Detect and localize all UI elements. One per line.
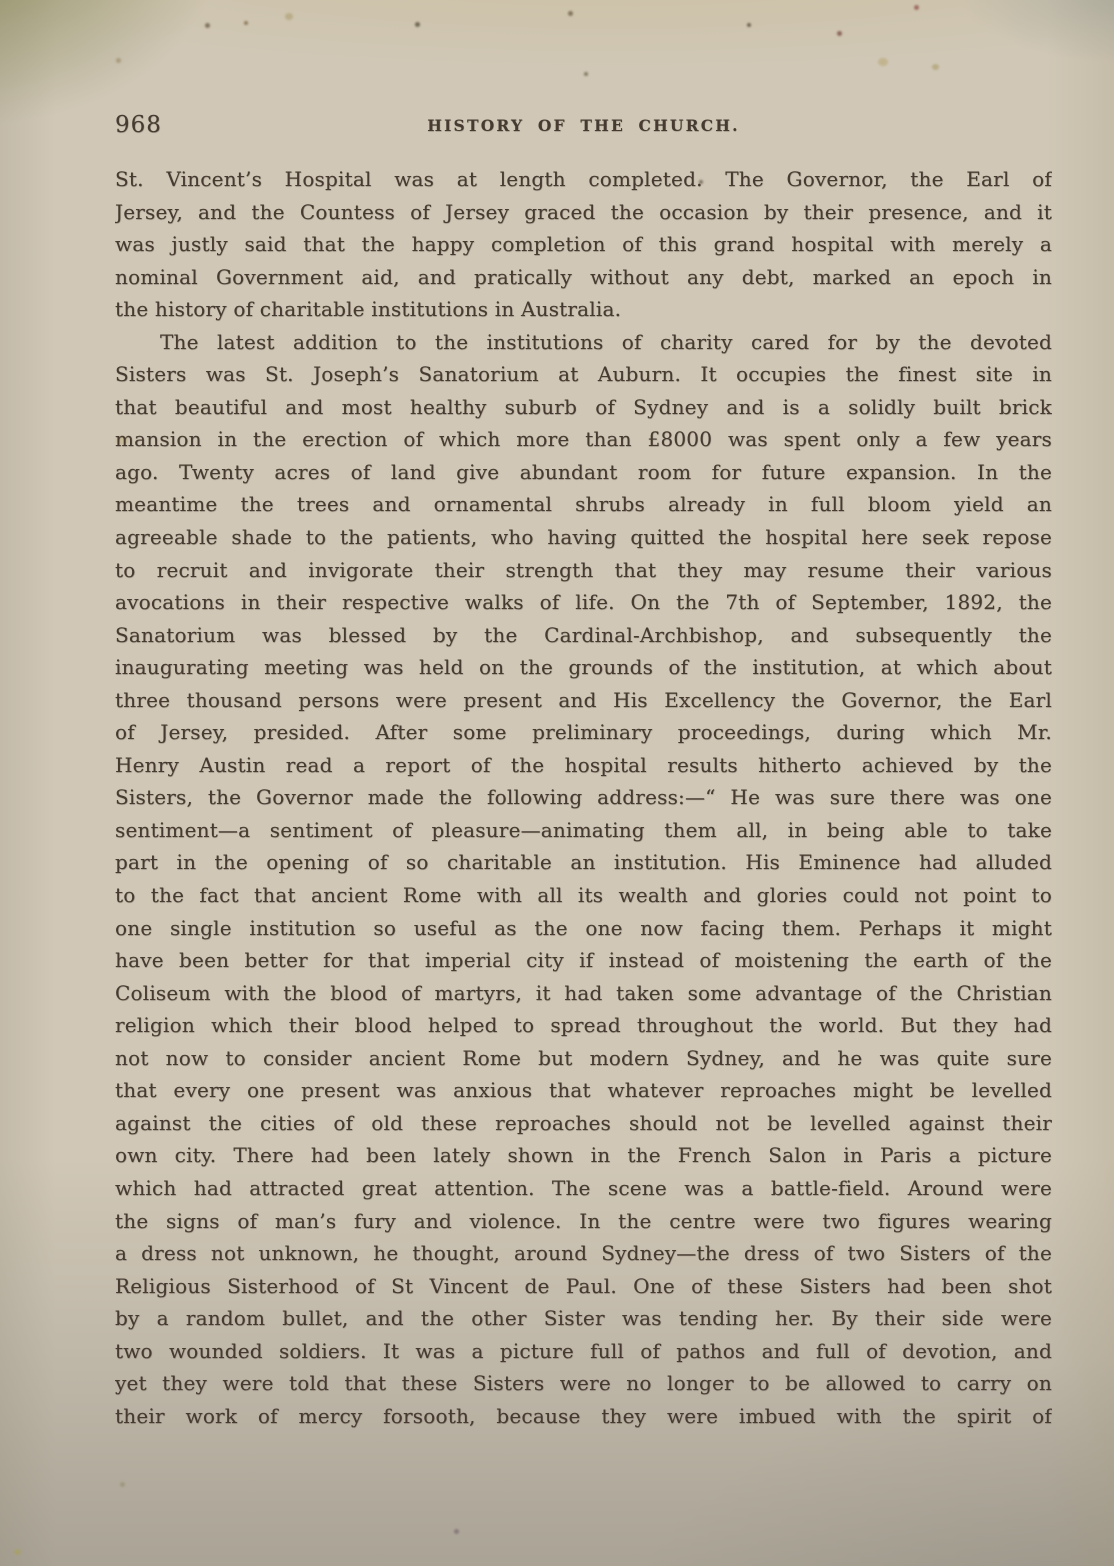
- text-body: St. Vincent’s Hospital was at length com…: [115, 163, 1052, 1432]
- paper-stain: [878, 58, 888, 66]
- running-header: HISTORY OF THE CHURCH.: [115, 116, 1052, 135]
- text-line-29: that every one present was anxious that …: [115, 1074, 1052, 1107]
- text-line-7: Sisters was St. Joseph’s Sanatorium at A…: [115, 358, 1052, 391]
- text-line-35: Religious Sisterhood of St Vincent de Pa…: [115, 1270, 1052, 1303]
- text-line-9: mansion in the erection of which more th…: [115, 423, 1052, 456]
- text-line-23: to the fact that ancient Rome with all i…: [115, 879, 1052, 912]
- text-line-5: the history of charitable institutions i…: [115, 293, 1052, 326]
- text-line-6: The latest addition to the institutions …: [115, 326, 1052, 359]
- text-line-31: own city. There had been lately shown in…: [115, 1139, 1052, 1172]
- paper-stain: [116, 58, 121, 63]
- text-line-38: yet they were told that these Sisters we…: [115, 1367, 1052, 1400]
- scanned-book-page: 968 HISTORY OF THE CHURCH. St. Vincent’s…: [0, 0, 1114, 1566]
- text-line-12: agreeable shade to the patients, who hav…: [115, 521, 1052, 554]
- text-line-11: meantime the trees and ornamental shrubs…: [115, 488, 1052, 521]
- text-line-28: not now to consider ancient Rome but mod…: [115, 1042, 1052, 1075]
- paper-stain: [285, 13, 293, 20]
- text-line-4: nominal Government aid, and pratically w…: [115, 261, 1052, 294]
- paper-stain: [584, 72, 588, 76]
- text-line-32: which had attracted great attention. The…: [115, 1172, 1052, 1205]
- page-header: 968 HISTORY OF THE CHURCH.: [115, 112, 1052, 142]
- text-line-37: two wounded soldiers. It was a picture f…: [115, 1335, 1052, 1368]
- text-line-10: ago. Twenty acres of land give abundant …: [115, 456, 1052, 489]
- paper-stain: [932, 64, 939, 70]
- text-line-14: avocations in their respective walks of …: [115, 586, 1052, 619]
- text-line-20: Sisters, the Governor made the following…: [115, 781, 1052, 814]
- text-line-34: a dress not unknown, he thought, around …: [115, 1237, 1052, 1270]
- text-line-13: to recruit and invigorate their strength…: [115, 554, 1052, 587]
- paper-stain: [205, 23, 210, 28]
- paper-stain: [914, 5, 919, 10]
- text-line-24: one single institution so useful as the …: [115, 912, 1052, 945]
- paper-stain: [120, 1482, 125, 1487]
- text-line-30: against the cities of old these reproach…: [115, 1107, 1052, 1140]
- text-line-8: that beautiful and most healthy suburb o…: [115, 391, 1052, 424]
- paper-stain: [747, 23, 751, 27]
- text-line-39: their work of mercy forsooth, because th…: [115, 1400, 1052, 1433]
- text-line-16: inaugurating meeting was held on the gro…: [115, 651, 1052, 684]
- text-line-2: Jersey, and the Countess of Jersey grace…: [115, 196, 1052, 229]
- paper-stain: [568, 11, 573, 16]
- text-line-25: have been better for that imperial city …: [115, 944, 1052, 977]
- paper-stain: [454, 1529, 459, 1534]
- text-line-21: sentiment—a sentiment of pleasure—animat…: [115, 814, 1052, 847]
- text-line-33: the signs of man’s fury and violence. In…: [115, 1205, 1052, 1238]
- text-line-27: religion which their blood helped to spr…: [115, 1009, 1052, 1042]
- paper-stain: [415, 22, 420, 27]
- text-line-3: was justly said that the happy completio…: [115, 228, 1052, 261]
- text-line-22: part in the opening of so charitable an …: [115, 846, 1052, 879]
- text-line-36: by a random bullet, and the other Sister…: [115, 1302, 1052, 1335]
- paper-stain: [14, 1549, 21, 1555]
- text-line-26: Coliseum with the blood of martyrs, it h…: [115, 977, 1052, 1010]
- text-line-19: Henry Austin read a report of the hospit…: [115, 749, 1052, 782]
- paper-stain: [837, 31, 842, 36]
- text-line-18: of Jersey, presided. After some prelimin…: [115, 716, 1052, 749]
- text-line-17: three thousand persons were present and …: [115, 684, 1052, 717]
- text-line-1: St. Vincent’s Hospital was at length com…: [115, 163, 1052, 196]
- text-line-15: Sanatorium was blessed by the Cardinal-A…: [115, 619, 1052, 652]
- paper-stain: [244, 21, 248, 25]
